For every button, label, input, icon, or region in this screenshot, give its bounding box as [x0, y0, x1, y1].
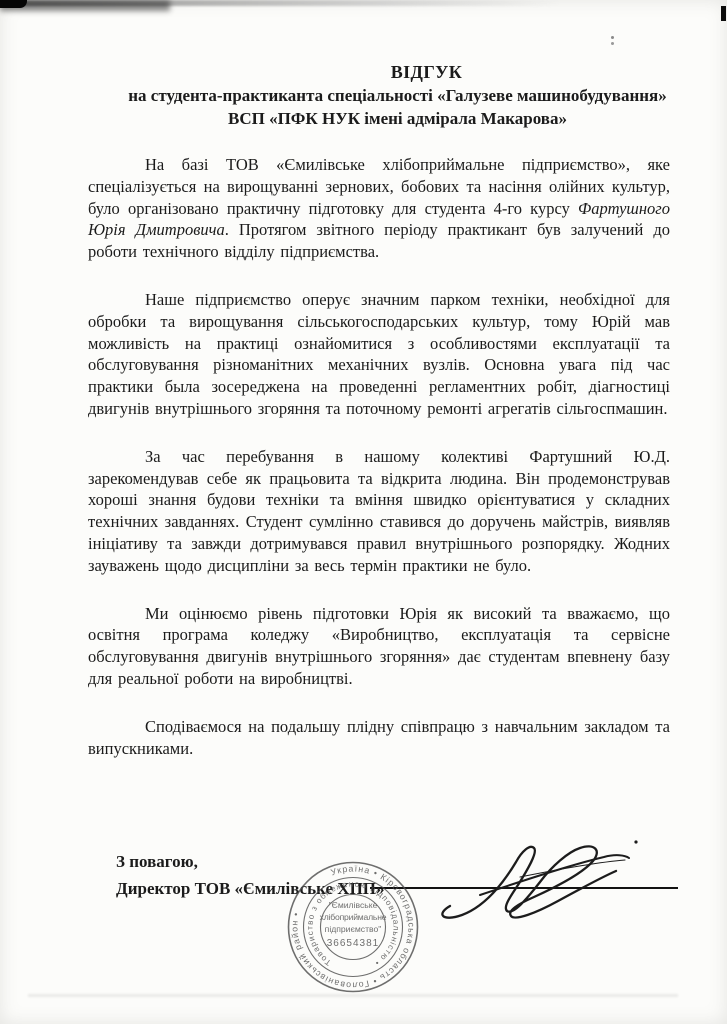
- document-subtitle-line1: на студента-практиканта спеціальності «Г…: [105, 84, 690, 107]
- document-subtitle-line2: ВСП «ПФК НУК імені адмірала Макарова»: [105, 107, 690, 130]
- letter-body: На базі ТОВ «Ємилівське хлібоприймальне …: [88, 150, 670, 785]
- company-seal: Україна • Кіровоградська область • Голов…: [286, 860, 420, 994]
- seal-company-name-line3: підприємство": [325, 924, 382, 934]
- paragraph-3: За час перебування в нашому колективі Фа…: [88, 446, 670, 577]
- scanned-letter-page: ВІДГУК на студента-практиканта спеціальн…: [0, 0, 727, 1024]
- scan-corner-mark: [0, 0, 27, 8]
- letter-heading: ВІДГУК на студента-практиканта спеціальн…: [105, 60, 690, 130]
- paragraph-1: На базі ТОВ «Ємилівське хлібоприймальне …: [88, 150, 670, 263]
- director-signature: [418, 824, 700, 920]
- document-title: ВІДГУК: [105, 60, 690, 84]
- paragraph-5: Сподіваємося на подальшу плідну співпрац…: [88, 716, 670, 760]
- paragraph-2: Наше підприємство оперує значним парком …: [88, 289, 670, 420]
- scan-speck: [611, 36, 614, 39]
- paragraph-4: Ми оцінюємо рівень підготовки Юрія як ви…: [88, 603, 670, 690]
- scan-smudge-bottom: [28, 994, 678, 997]
- scan-speck: [611, 42, 614, 45]
- seal-company-name-line1: "Ємилівське: [329, 900, 378, 910]
- scan-edge-tick: [721, 6, 726, 21]
- seal-company-name-line2: хлібоприймальне: [320, 912, 387, 922]
- seal-code: 36654381: [327, 938, 380, 949]
